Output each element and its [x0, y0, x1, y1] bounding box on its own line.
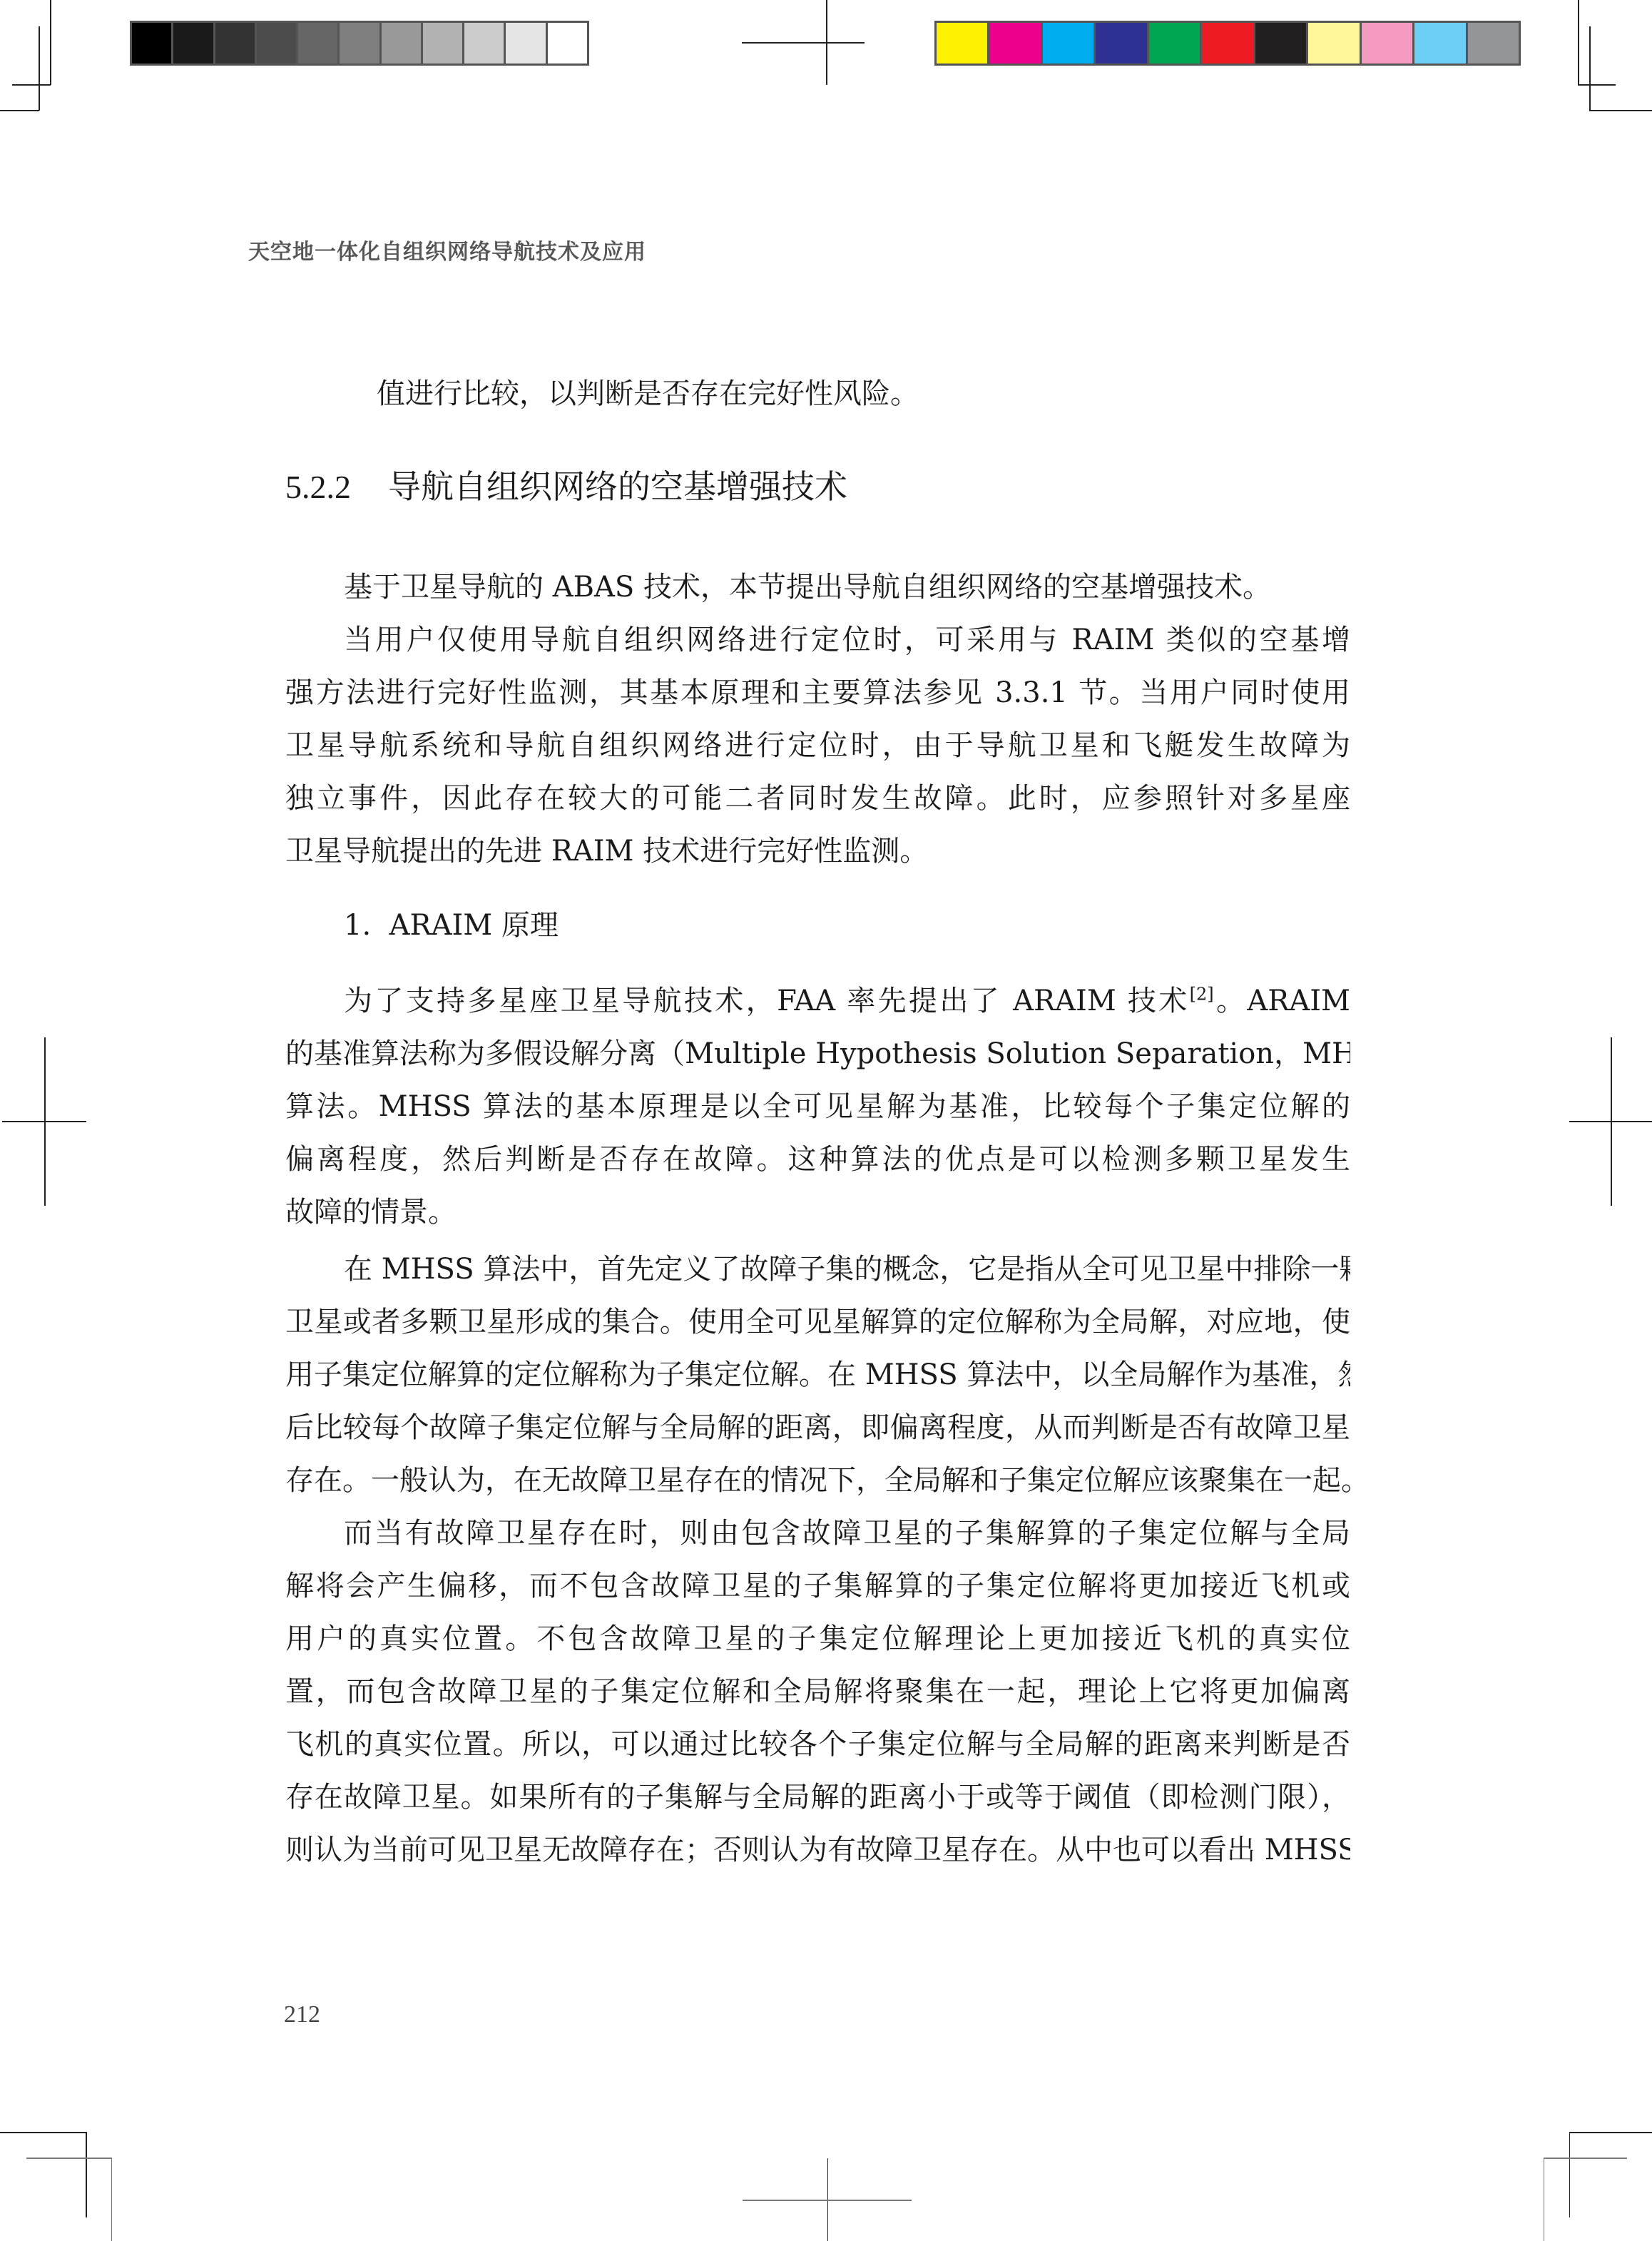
- paragraph-line: 存在故障卫星。如果所有的子集解与全局解的距离小于或等于阈值（即检测门限），: [285, 1771, 1350, 1824]
- citation-reference[interactable]: [2]: [1190, 985, 1214, 1005]
- paragraph-line: 卫星或者多颗卫星形成的集合。使用全可见星解算的定位解称为全局解，对应地，使: [285, 1296, 1350, 1348]
- color-swatch: [1149, 23, 1200, 63]
- color-swatch: [1202, 23, 1253, 63]
- paragraph-line: 的基准算法称为多假设解分离（Multiple Hypothesis Soluti…: [285, 1027, 1350, 1080]
- color-swatch: [1414, 23, 1465, 63]
- section-heading: 5.2.2导航自组织网络的空基增强技术: [285, 460, 1350, 513]
- subsection-heading: 1. ARAIM 原理: [285, 899, 1350, 952]
- paragraph-line: 为了支持多星座卫星导航技术，FAA 率先提出了 ARAIM 技术[2]。ARAI…: [285, 975, 1350, 1027]
- color-swatch: [1096, 23, 1146, 63]
- gray-swatch: [464, 23, 504, 63]
- gray-swatch: [340, 23, 379, 63]
- paragraph-line: 解将会产生偏移，而不包含故障卫星的子集解算的子集定位解将更加接近飞机或: [285, 1560, 1350, 1612]
- paragraph-line: 飞机的真实位置。所以，可以通过比较各个子集定位解与全局解的距离来判断是否: [285, 1718, 1350, 1771]
- color-swatch: [1043, 23, 1093, 63]
- gray-swatch: [173, 23, 213, 63]
- color-swatch: [1362, 23, 1412, 63]
- page-number: 212: [284, 2001, 320, 2028]
- grayscale-calibration-bar: [130, 21, 589, 66]
- paragraph-fault-detection: 而当有故障卫星存在时，则由包含故障卫星的子集解算的子集定位解与全局 解将会产生偏…: [285, 1507, 1350, 1876]
- section-number: 5.2.2: [285, 469, 351, 505]
- gray-swatch: [298, 23, 337, 63]
- color-calibration-bar: [934, 21, 1521, 66]
- color-swatch: [989, 23, 1040, 63]
- paragraph-line: 偏离程度，然后判断是否存在故障。这种算法的优点是可以检测多颗卫星发生: [285, 1133, 1350, 1186]
- paragraph-line: 算法。MHSS 算法的基本原理是以全可见星解为基准，比较每个子集定位解的: [285, 1080, 1350, 1133]
- gray-swatch: [257, 23, 296, 63]
- paragraph-line: 独立事件，因此存在较大的可能二者同时发生故障。此时，应参照针对多星座: [285, 772, 1350, 825]
- color-swatch: [937, 23, 987, 63]
- paragraph-intro: 基于卫星导航的 ABAS 技术，本节提出导航自组织网络的空基增强技术。: [285, 561, 1350, 614]
- color-swatch: [1255, 23, 1306, 63]
- paragraph-line: 卫星导航系统和导航自组织网络进行定位时，由于导航卫星和飞艇发生故障为: [285, 719, 1350, 772]
- paragraph-line: 强方法进行完好性监测，其基本原理和主要算法参见 3.3.1 节。当用户同时使用: [285, 666, 1350, 719]
- paragraph-line: 则认为当前可见卫星无故障存在；否则认为有故障卫星存在。从中也可以看出 MHSS: [285, 1824, 1350, 1876]
- paragraph-line: 基于卫星导航的 ABAS 技术，本节提出导航自组织网络的空基增强技术。: [285, 561, 1350, 614]
- gray-swatch: [132, 23, 171, 63]
- continuation-line: 值进行比较，以判断是否存在完好性风险。: [285, 367, 1350, 420]
- gray-swatch: [382, 23, 421, 63]
- running-head-book-title: 天空地一体化自组织网络导航技术及应用: [248, 234, 646, 265]
- paragraph-line: 在 MHSS 算法中，首先定义了故障子集的概念，它是指从全可见卫星中排除一颗: [285, 1243, 1350, 1296]
- paragraph-raim: 当用户仅使用导航自组织网络进行定位时，可采用与 RAIM 类似的空基增 强方法进…: [285, 614, 1350, 878]
- subsection-title: ARAIM 原理: [389, 909, 559, 942]
- paragraph-line: 后比较每个故障子集定位解与全局解的距离，即偏离程度，从而判断是否有故障卫星: [285, 1401, 1350, 1454]
- page-body: 值进行比较，以判断是否存在完好性风险。: [285, 367, 1350, 420]
- paragraph-line: 用子集定位解算的定位解称为子集定位解。在 MHSS 算法中，以全局解作为基准，然: [285, 1348, 1350, 1401]
- gray-swatch: [215, 23, 255, 63]
- paragraph-line: 故障的情景。: [285, 1186, 1350, 1239]
- paragraph-mhss-definition: 在 MHSS 算法中，首先定义了故障子集的概念，它是指从全可见卫星中排除一颗 卫…: [285, 1243, 1350, 1507]
- gray-swatch: [548, 23, 587, 63]
- paragraph-araim: 为了支持多星座卫星导航技术，FAA 率先提出了 ARAIM 技术[2]。ARAI…: [285, 975, 1350, 1239]
- color-swatch: [1308, 23, 1359, 63]
- paragraph-line: 存在。一般认为，在无故障卫星存在的情况下，全局解和子集定位解应该聚集在一起。: [285, 1454, 1350, 1507]
- paragraph-line: 置，而包含故障卫星的子集定位解和全局解将聚集在一起，理论上它将更加偏离: [285, 1665, 1350, 1718]
- color-swatch: [1468, 23, 1519, 63]
- paragraph-line: 用户的真实位置。不包含故障卫星的子集定位解理论上更加接近飞机的真实位: [285, 1612, 1350, 1665]
- section-title: 导航自组织网络的空基增强技术: [388, 467, 847, 506]
- gray-swatch: [506, 23, 545, 63]
- paragraph-line: 卫星导航提出的先进 RAIM 技术进行完好性监测。: [285, 825, 1350, 878]
- paragraph-line: 而当有故障卫星存在时，则由包含故障卫星的子集解算的子集定位解与全局: [285, 1507, 1350, 1560]
- subsection-number: 1.: [344, 909, 371, 942]
- paragraph-line: 当用户仅使用导航自组织网络进行定位时，可采用与 RAIM 类似的空基增: [285, 614, 1350, 666]
- gray-swatch: [423, 23, 462, 63]
